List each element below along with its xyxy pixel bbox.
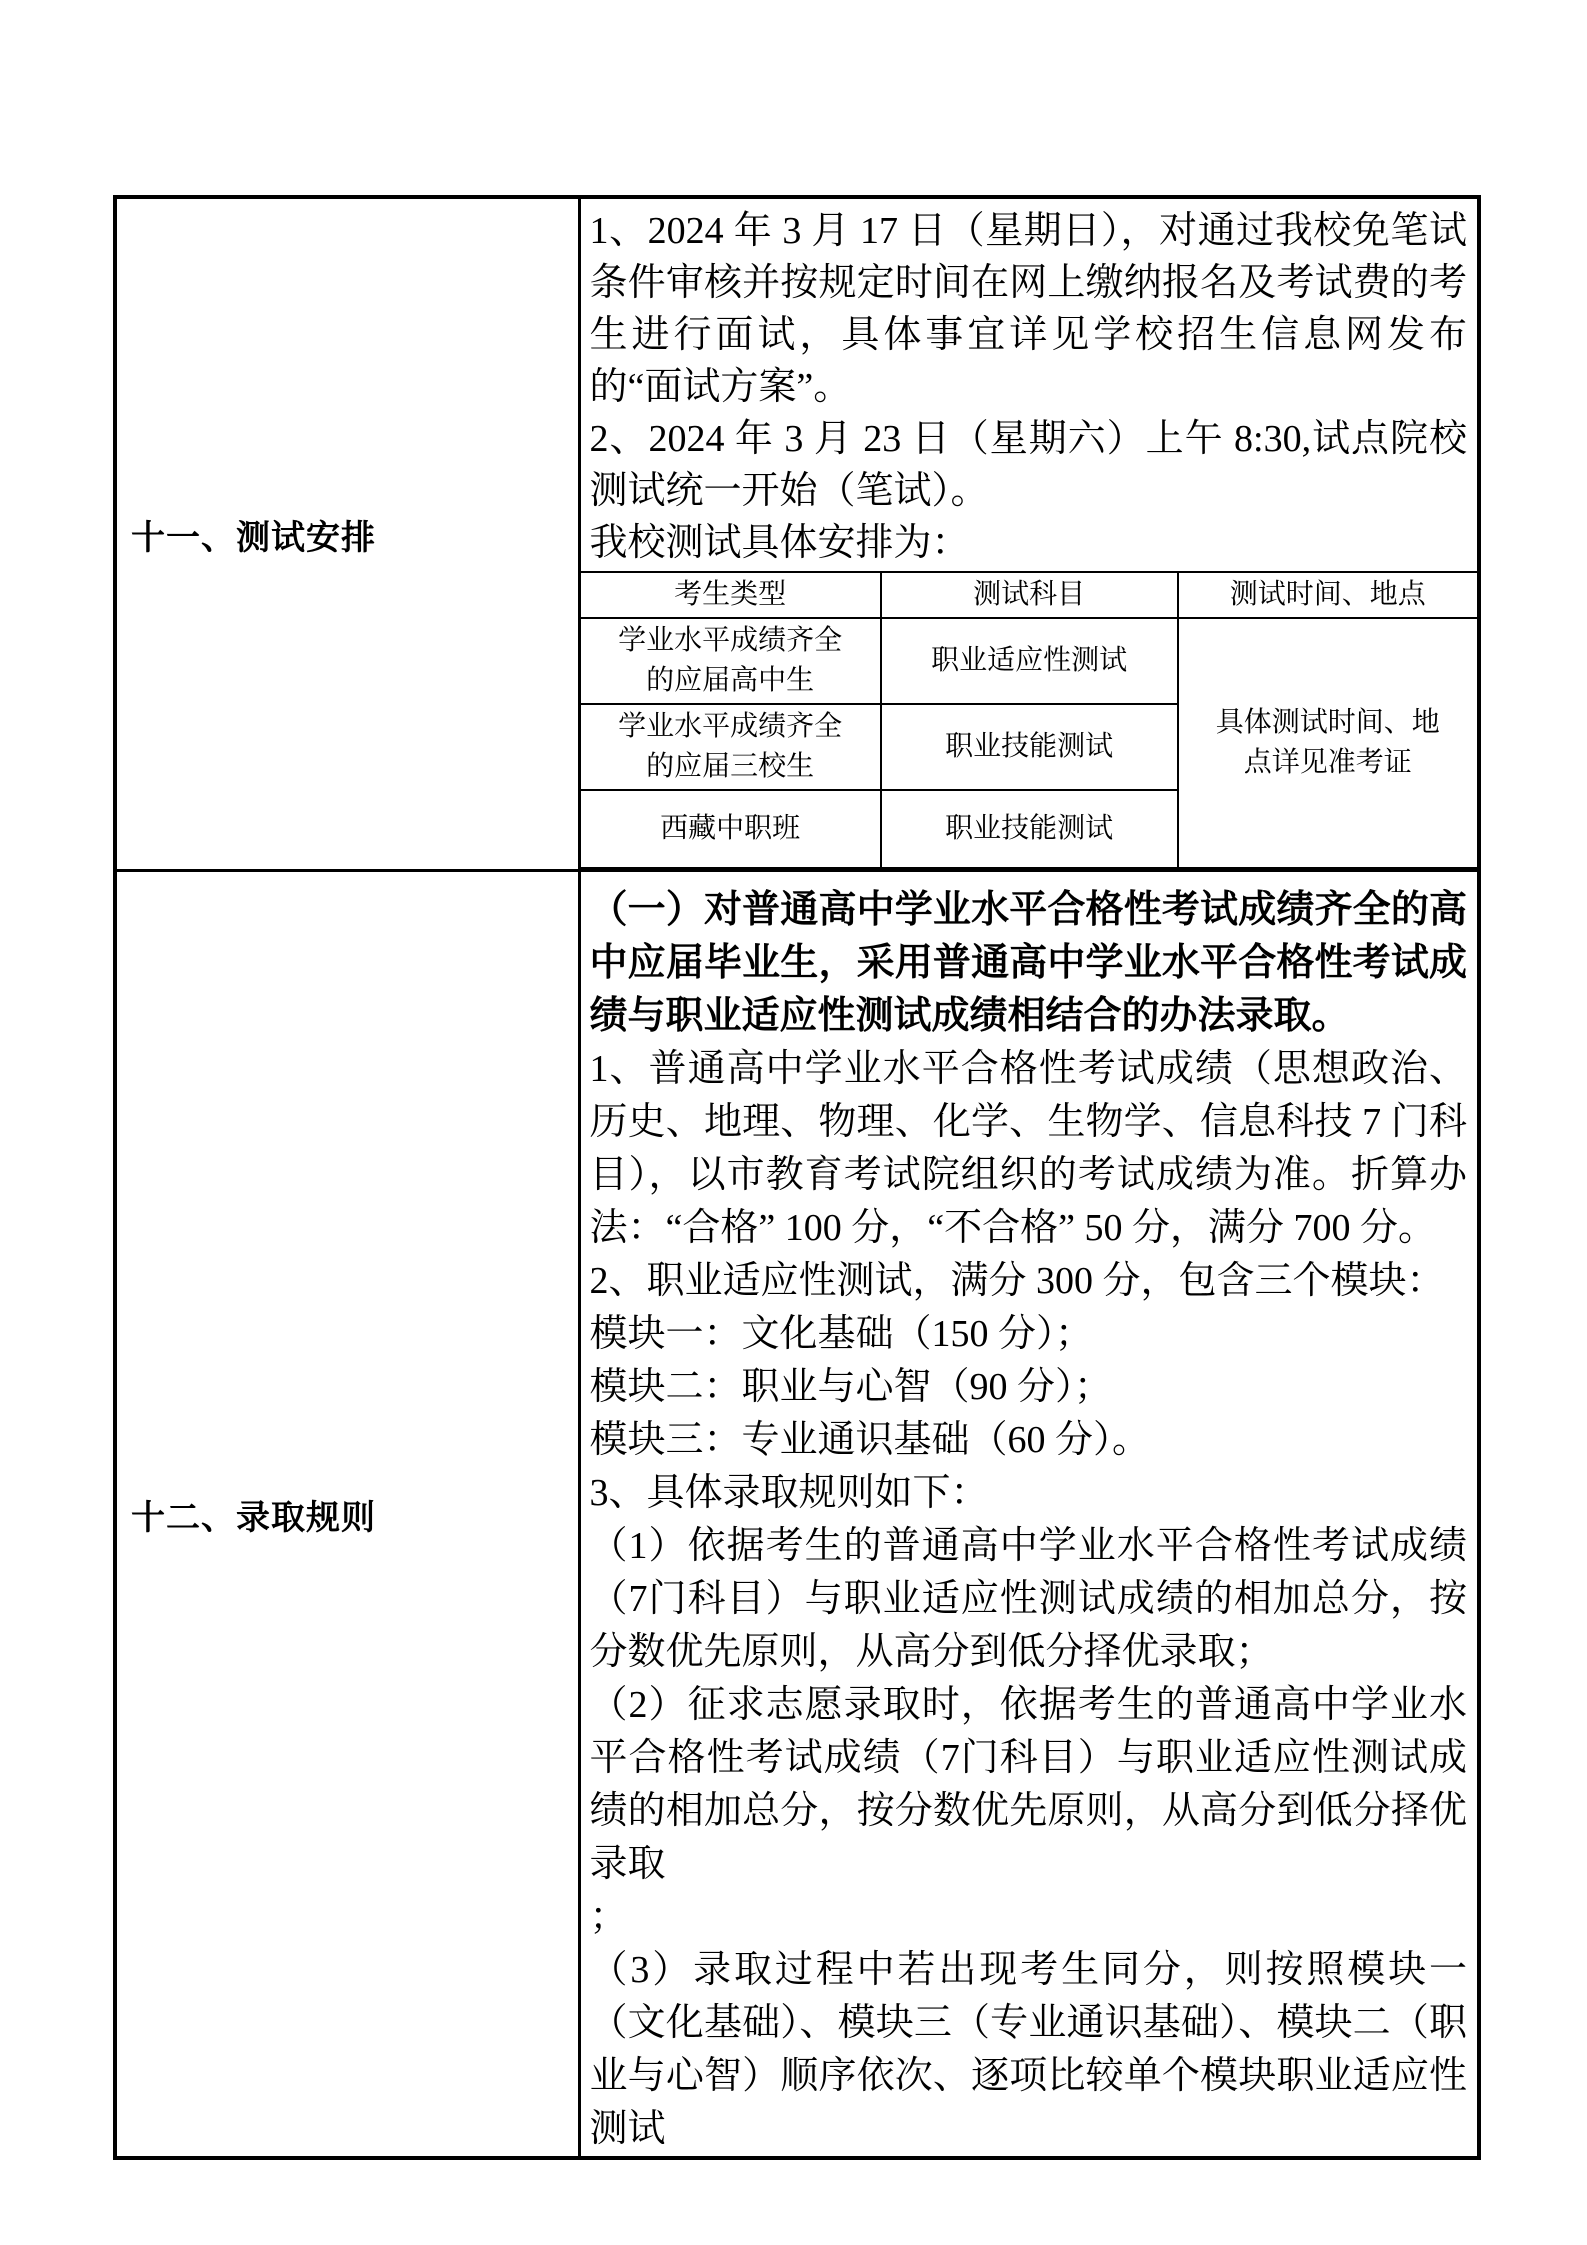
section-label-cell: 十二、录取规则: [115, 871, 579, 2159]
test-subject-cell: 职业适应性测试: [881, 618, 1178, 704]
column-header-test-subject: 测试科目: [881, 572, 1178, 618]
candidate-type-cell: 学业水平成绩齐全 的应届高中生: [581, 618, 881, 704]
test-schedule-table: 考生类型 测试科目 测试时间、地点 学业水平成绩齐全 的应届高中生 职业适应性测…: [581, 571, 1478, 869]
paragraph: 1、普通高中学业水平合格性考试成绩（思想政治、历史、地理、物理、化学、生物学、信…: [590, 1043, 1468, 1255]
table-row-test-arrangement: 十一、测试安排 1、2024 年 3 月 17 日（星期日），对通过我校免笔试条…: [115, 197, 1479, 871]
paragraph: 我校测试具体安排为：: [590, 517, 1468, 569]
section-label-cell: 十一、测试安排: [115, 197, 579, 871]
paragraph: 3、具体录取规则如下：: [590, 1467, 1468, 1520]
test-subject-cell: 职业技能测试: [881, 704, 1178, 790]
test-arrangement-content-cell: 1、2024 年 3 月 17 日（星期日），对通过我校免笔试条件审核并按规定时…: [579, 197, 1479, 871]
paragraph: 1、2024 年 3 月 17 日（星期日），对通过我校免笔试条件审核并按规定时…: [590, 205, 1468, 413]
lead-paragraph: （一）对普通高中学业水平合格性考试成绩齐全的高中应届毕业生，采用普通高中学业水平…: [590, 884, 1468, 1043]
paragraph: （1）依据考生的普通高中学业水平合格性考试成绩（7门科目）与职业适应性测试成绩的…: [590, 1520, 1468, 1679]
paragraph: （3）录取过程中若出现考生同分，则按照模块一（文化基础）、模块三（专业通识基础）…: [590, 1944, 1468, 2156]
test-arrangement-text: 1、2024 年 3 月 17 日（星期日），对通过我校免笔试条件审核并按规定时…: [581, 199, 1478, 569]
paragraph: （2）征求志愿录取时，依据考生的普通高中学业水平合格性考试成绩（7门科目）与职业…: [590, 1679, 1468, 1891]
admission-rules-content-cell: （一）对普通高中学业水平合格性考试成绩齐全的高中应届毕业生，采用普通高中学业水平…: [579, 871, 1479, 2159]
paragraph: 模块一：文化基础（150 分）；: [590, 1308, 1468, 1361]
section-label-test-arrangement: 十一、测试安排: [131, 520, 376, 557]
paragraph: 模块二：职业与心智（90 分）；: [590, 1361, 1468, 1414]
paragraph: 2、职业适应性测试，满分 300 分，包含三个模块：: [590, 1255, 1468, 1308]
paragraph: 2、2024 年 3 月 23 日（星期六）上午 8:30,试点院校测试统一开始…: [590, 413, 1468, 517]
admission-rules-text: （一）对普通高中学业水平合格性考试成绩齐全的高中应届毕业生，采用普通高中学业水平…: [581, 872, 1478, 2156]
test-subject-cell: 职业技能测试: [881, 790, 1178, 868]
candidate-type-cell: 学业水平成绩齐全 的应届三校生: [581, 704, 881, 790]
column-header-candidate-type: 考生类型: [581, 572, 881, 618]
admissions-info-table: 十一、测试安排 1、2024 年 3 月 17 日（星期日），对通过我校免笔试条…: [113, 195, 1481, 2160]
schedule-row: 学业水平成绩齐全 的应届高中生 职业适应性测试 具体测试时间、地 点详见准考证: [581, 618, 1478, 704]
column-header-time-place: 测试时间、地点: [1178, 572, 1477, 618]
table-row-admission-rules: 十二、录取规则 （一）对普通高中学业水平合格性考试成绩齐全的高中应届毕业生，采用…: [115, 871, 1479, 2159]
section-label-admission-rules: 十二、录取规则: [131, 1500, 376, 1537]
schedule-header-row: 考生类型 测试科目 测试时间、地点: [581, 572, 1478, 618]
paragraph: ；: [590, 1891, 1468, 1944]
time-place-merged-cell: 具体测试时间、地 点详见准考证: [1178, 618, 1477, 868]
paragraph: 模块三：专业通识基础（60 分）。: [590, 1414, 1468, 1467]
document-page: 十一、测试安排 1、2024 年 3 月 17 日（星期日），对通过我校免笔试条…: [0, 0, 1587, 2245]
candidate-type-cell: 西藏中职班: [581, 790, 881, 868]
